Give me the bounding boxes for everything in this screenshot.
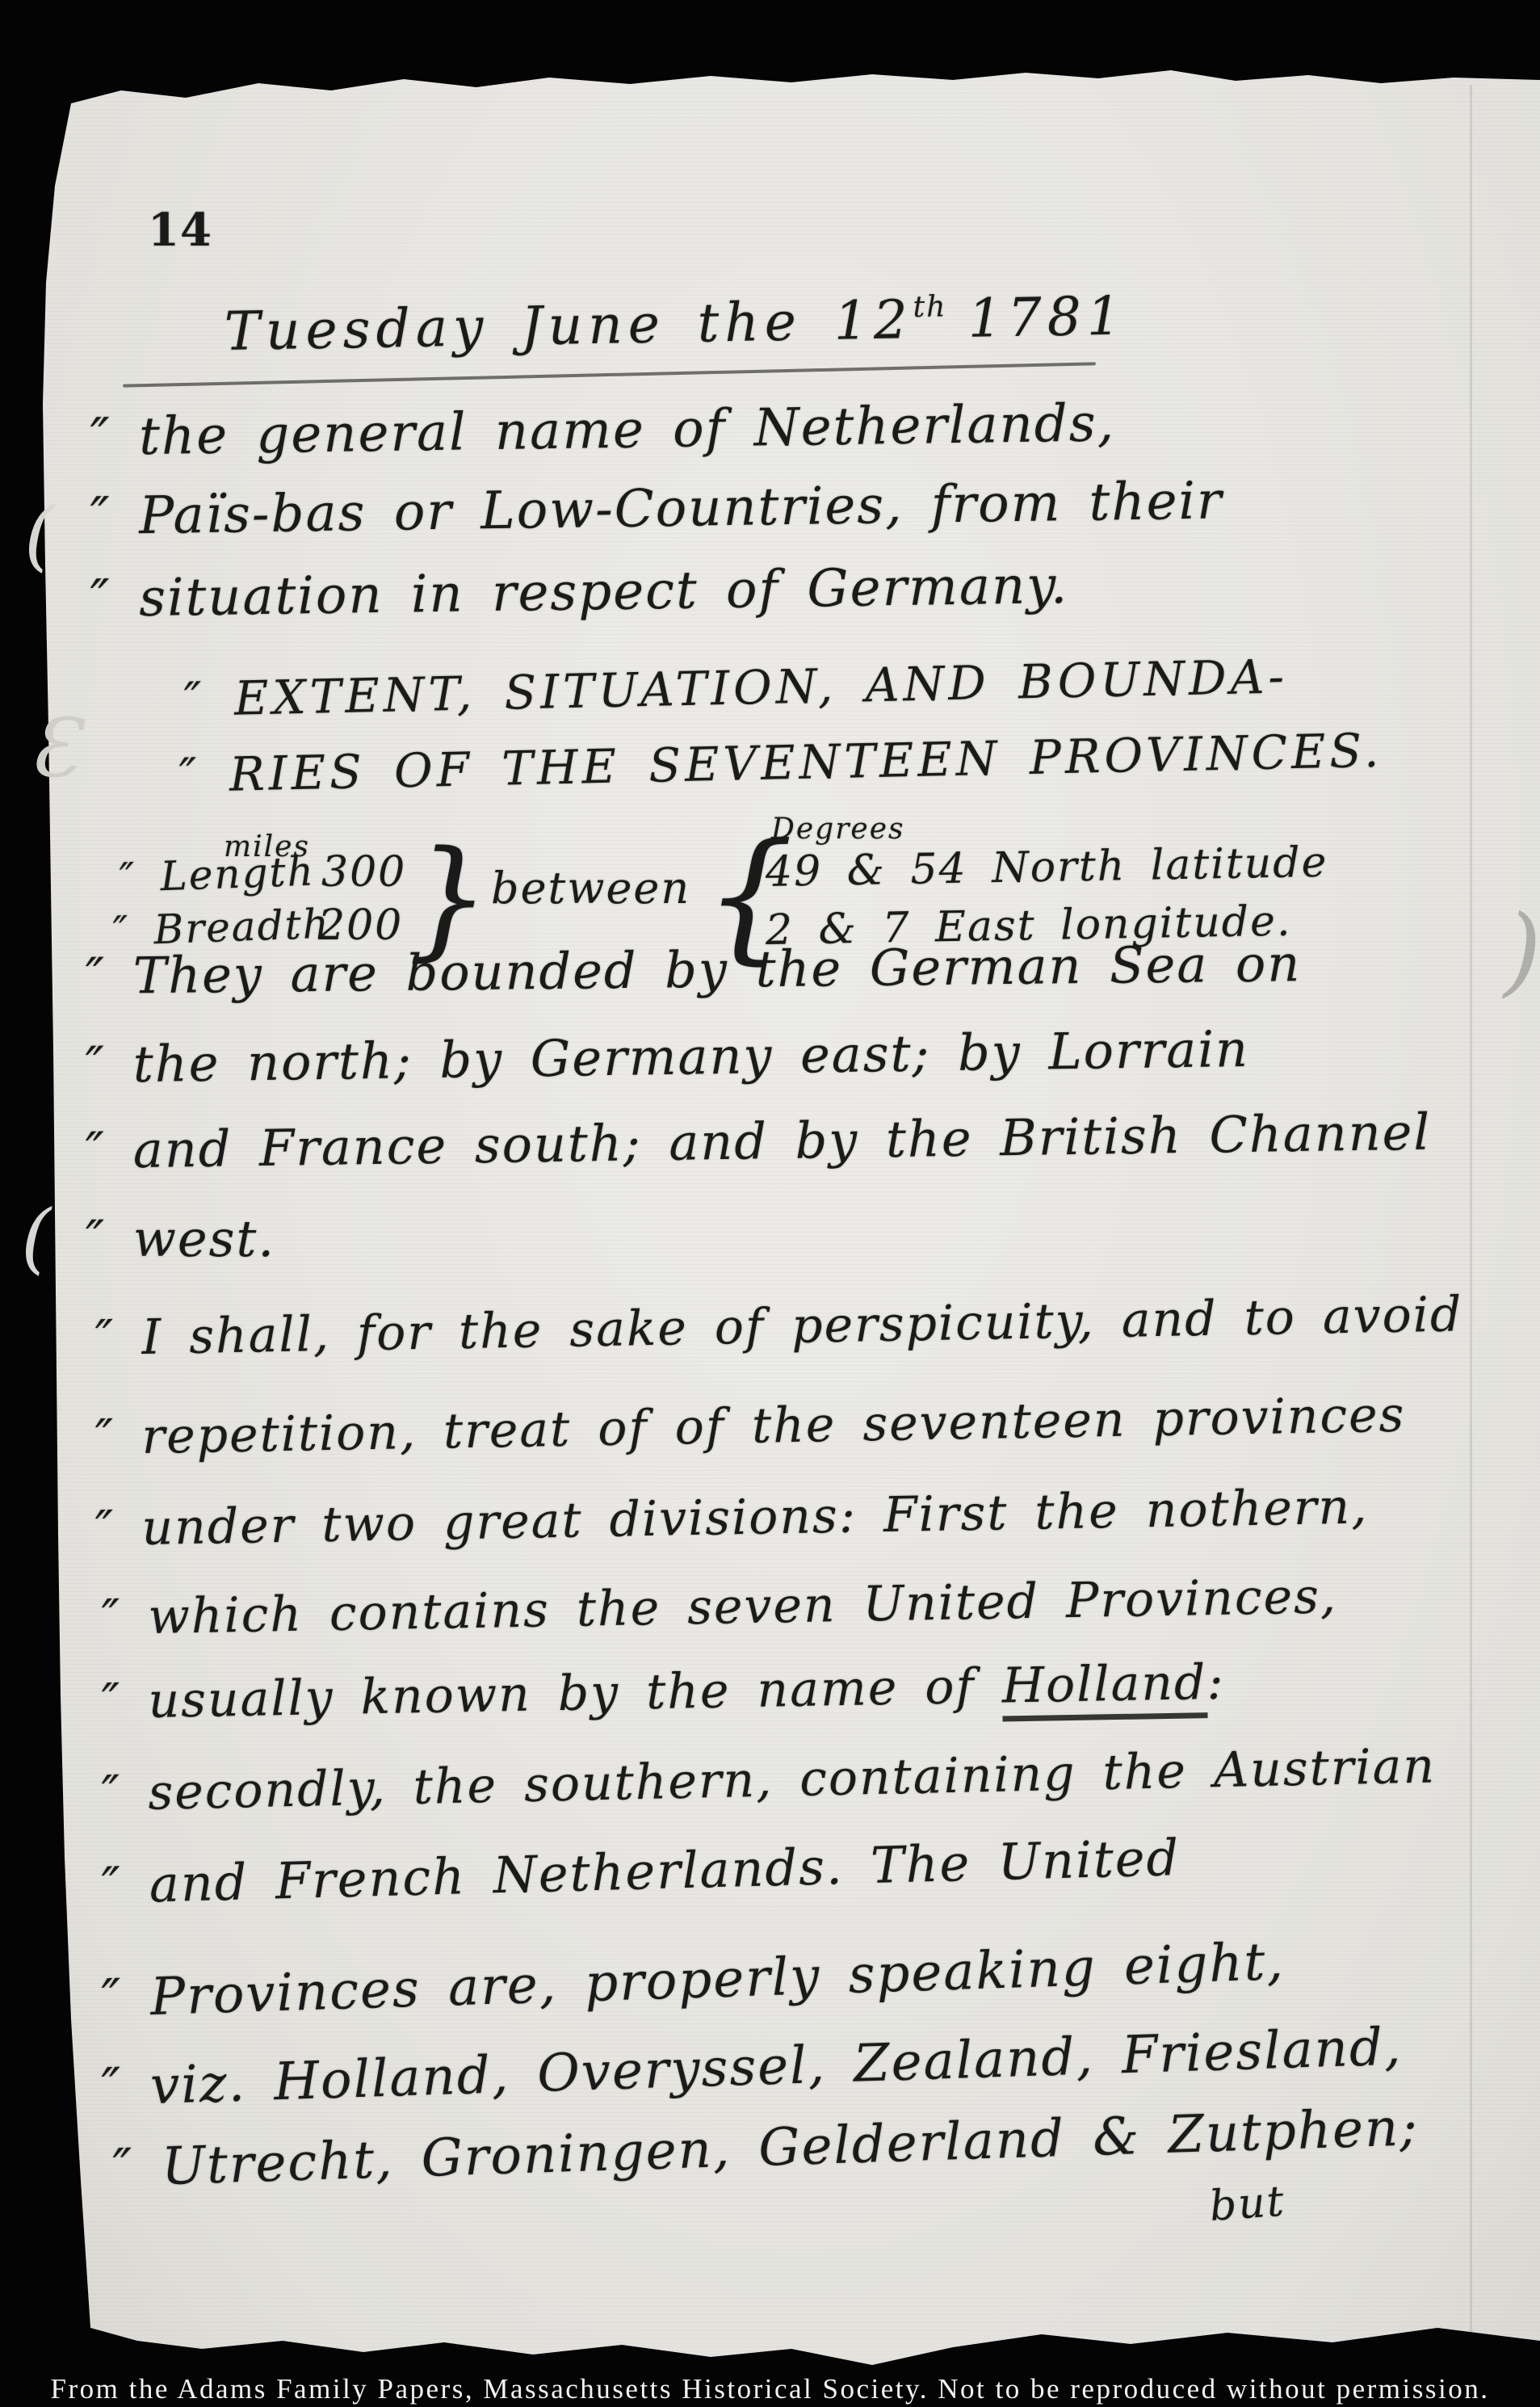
section-heading-line-1: ″ EXTENT, SITUATION, AND BOUNDA- [183, 649, 1288, 727]
entry-date-ordinal-superscript: th [913, 288, 947, 324]
manuscript-line: ″ the general name of Netherlands, [90, 393, 1115, 468]
stray-ink-mark: ) [1504, 895, 1540, 1007]
manuscript-line: ″ which contains the seven United Provin… [101, 1568, 1337, 1646]
length-value: 300 [321, 848, 406, 897]
manuscript-line: ″ repetition, treat of of the seventeen … [94, 1387, 1406, 1466]
manuscript-line-holland: ″ usually known by the name of Holland: [101, 1654, 1225, 1730]
manuscript-line: ″ secondly, the southern, containing the… [101, 1737, 1436, 1822]
manuscript-line: ″ situation in respect of Germany. [90, 556, 1068, 629]
manuscript-line: ″ I shall, for the sake of perspicuity, … [94, 1286, 1462, 1367]
entry-date-underline [123, 362, 1096, 387]
between-label: between [491, 863, 690, 914]
length-label: ″ Length [119, 848, 316, 901]
manuscript-line: ″ viz. Holland, Overyssel, Zealand, Frie… [101, 2017, 1403, 2118]
manuscript-line: ″ Provinces are, properly speaking eight… [101, 1932, 1286, 2029]
manuscript-scan-canvas: 14 Tuesday June the 12th1781 ″ the gener… [0, 0, 1540, 2407]
entry-date-year: 1781 [967, 285, 1127, 350]
entry-date-main: Tuesday June the 12 [224, 288, 913, 363]
line-text-after-holland: : [1206, 1654, 1225, 1711]
manuscript-line: ″ and France south; and by the British C… [85, 1103, 1431, 1180]
holland-underlined-word: Holland [1001, 1654, 1207, 1721]
catchword: but [1208, 2178, 1287, 2231]
latitude-range-line: 49 & 54 North latitude [765, 838, 1328, 897]
archive-credit-footer: From the Adams Family Papers, Massachuse… [0, 2373, 1540, 2405]
manuscript-line: ″ the north; by Germany east; by Lorrain [85, 1019, 1249, 1094]
manuscript-line: ″ They are bounded by the German Sea on [86, 934, 1302, 1006]
page-fold-crease [1470, 85, 1472, 2338]
section-heading-line-2: ″ RIES OF THE SEVENTEEN PROVINCES. [178, 723, 1383, 803]
manuscript-line: ″ west. [86, 1209, 275, 1268]
stray-ink-mark: ( [21, 1194, 51, 1283]
page-number: 14 [148, 204, 212, 257]
entry-date-heading: Tuesday June the 12th1781 [224, 285, 1127, 363]
manuscript-line: ″ under two great divisions: First the n… [94, 1478, 1368, 1557]
line-text-before-holland: ″ usually known by the name of [101, 1658, 1002, 1730]
breadth-value: 200 [318, 901, 403, 950]
manuscript-line: ″ Païs-bas or Low-Countries, from their [90, 471, 1223, 547]
manuscript-page: 14 Tuesday June the 12th1781 ″ the gener… [0, 0, 1540, 2407]
manuscript-line: ″ and French Netherlands. The United [101, 1828, 1181, 1915]
